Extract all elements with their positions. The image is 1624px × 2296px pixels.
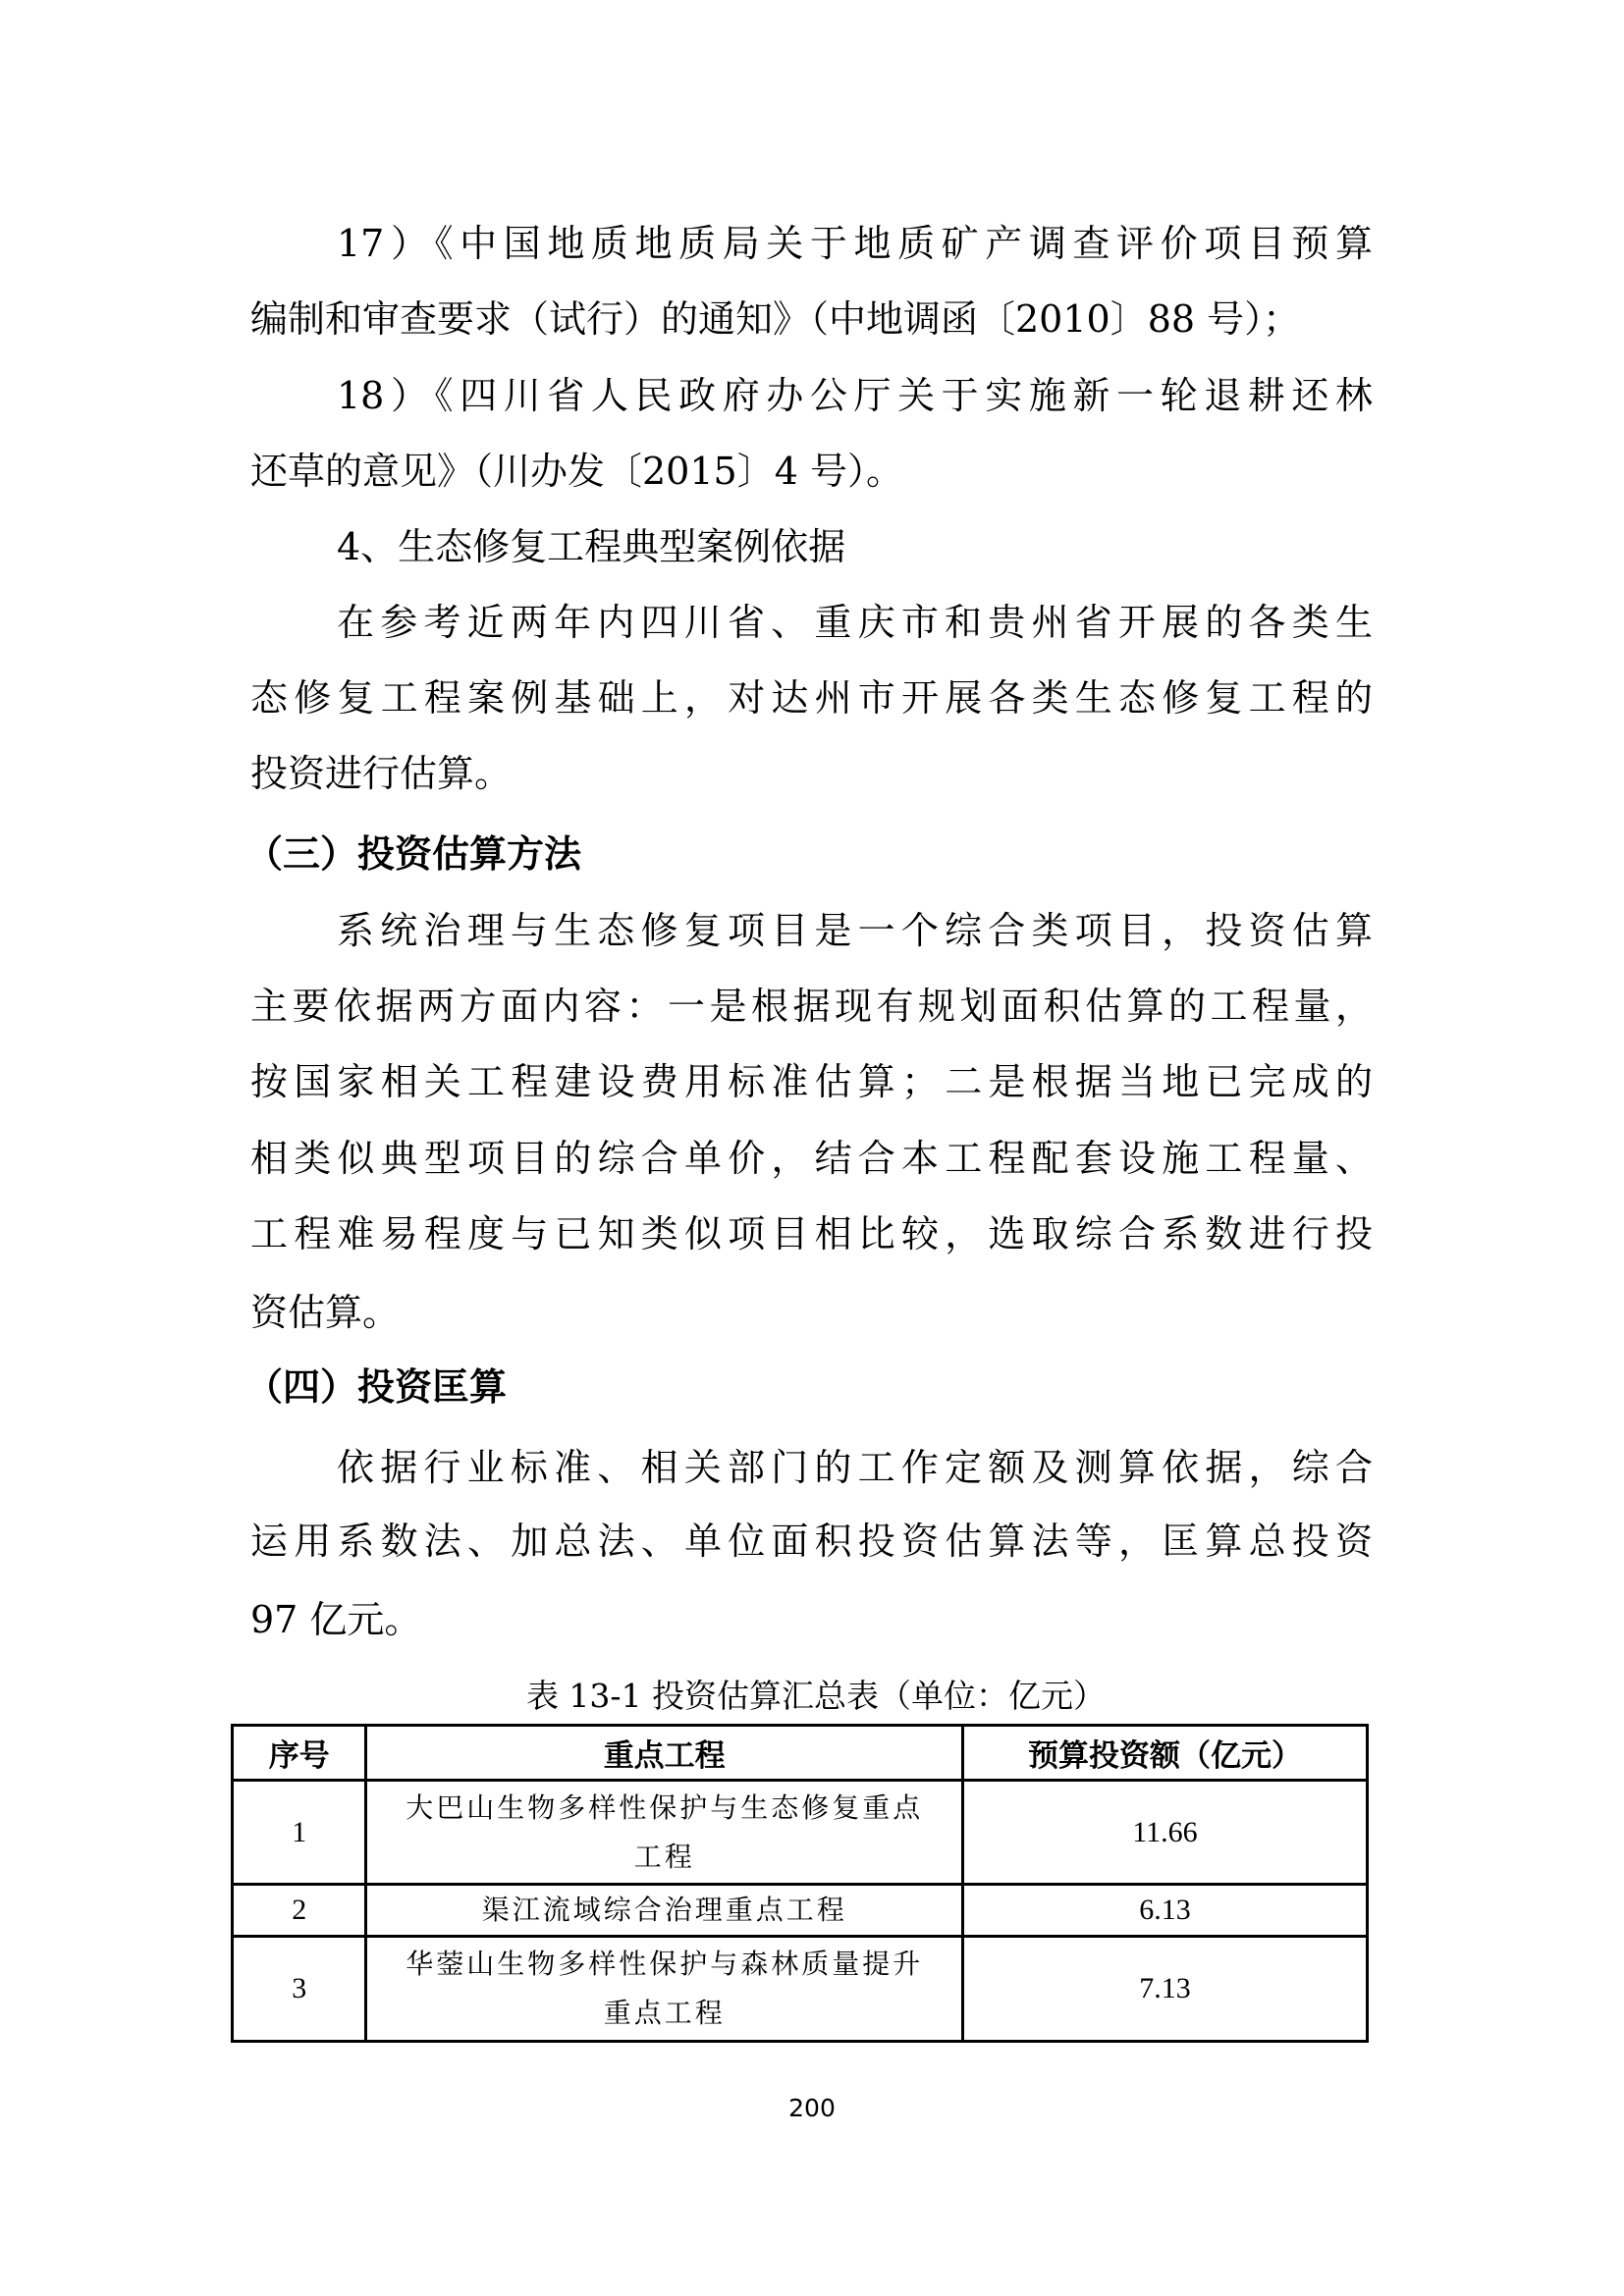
row-index: 3 xyxy=(233,1937,366,2042)
row-project: 华蓥山生物多样性保护与森林质量提升 重点工程 xyxy=(366,1937,963,2042)
reference-18-line-2: 还草的意见》（川办发〔2015〕4 号）。 xyxy=(250,442,1373,501)
case-basis-paragraph-line-3: 投资进行估算。 xyxy=(250,744,1373,803)
method-paragraph-line-6: 资估算。 xyxy=(250,1283,1373,1342)
estimate-paragraph-line-2: 运用系数法、加总法、单位面积投资估算法等，匡算总投资 xyxy=(250,1512,1373,1571)
section-3-heading: （三）投资估算方法 xyxy=(245,825,1368,883)
estimate-paragraph-line-1: 依据行业标准、相关部门的工作定额及测算依据，综合 xyxy=(337,1438,1373,1497)
table-row: 1 大巴山生物多样性保护与生态修复重点 工程 11.66 xyxy=(233,1781,1368,1885)
method-paragraph-line-3: 按国家相关工程建设费用标准估算；二是根据当地已完成的 xyxy=(250,1052,1373,1111)
table-row: 2 渠江流域综合治理重点工程 6.13 xyxy=(233,1885,1368,1937)
method-paragraph-line-2: 主要依据两方面内容：一是根据现有规划面积估算的工程量， xyxy=(250,977,1373,1036)
table-row: 3 华蓥山生物多样性保护与森林质量提升 重点工程 7.13 xyxy=(233,1937,1368,2042)
reference-17-line-1: 17）《中国地质地质局关于地质矿产调查评价项目预算 xyxy=(337,214,1373,273)
project-name-line-1: 渠江流域综合治理重点工程 xyxy=(482,1886,847,1935)
row-project: 渠江流域综合治理重点工程 xyxy=(366,1885,963,1937)
method-paragraph-line-1: 系统治理与生态修复项目是一个综合类项目，投资估算 xyxy=(337,901,1373,960)
table-header-row: 序号 重点工程 预算投资额（亿元） xyxy=(233,1726,1368,1781)
project-name-line-1: 大巴山生物多样性保护与生态修复重点 xyxy=(406,1784,923,1833)
page-number: 200 xyxy=(763,2089,861,2128)
section-4-heading: （四）投资匡算 xyxy=(245,1358,1368,1416)
case-basis-paragraph-line-2: 态修复工程案例基础上，对达州市开展各类生态修复工程的 xyxy=(250,668,1373,727)
header-project: 重点工程 xyxy=(366,1726,963,1781)
row-project: 大巴山生物多样性保护与生态修复重点 工程 xyxy=(366,1781,963,1885)
method-paragraph-line-4: 相类似典型项目的综合单价，结合本工程配套设施工程量、 xyxy=(250,1129,1373,1188)
project-name-line-2: 重点工程 xyxy=(604,1989,726,2038)
row-index: 1 xyxy=(233,1781,366,1885)
header-index: 序号 xyxy=(233,1726,366,1781)
project-name-line-1: 华蓥山生物多样性保护与森林质量提升 xyxy=(406,1940,923,1989)
case-basis-paragraph-line-1: 在参考近两年内四川省、重庆市和贵州省开展的各类生 xyxy=(337,593,1373,652)
row-amount: 7.13 xyxy=(963,1937,1368,2042)
method-paragraph-line-5: 工程难易程度与已知类似项目相比较，选取综合系数进行投 xyxy=(250,1204,1373,1263)
reference-17-line-2: 编制和审查要求（试行）的通知》（中地调函〔2010〕88 号）； xyxy=(250,290,1373,348)
row-index: 2 xyxy=(233,1885,366,1937)
header-amount: 预算投资额（亿元） xyxy=(963,1726,1368,1781)
table-caption: 表 13-1 投资估算汇总表（单位：亿元） xyxy=(447,1673,1185,1720)
row-amount: 11.66 xyxy=(963,1781,1368,1885)
row-amount: 6.13 xyxy=(963,1885,1368,1937)
estimate-paragraph-line-3: 97 亿元。 xyxy=(250,1590,1373,1649)
investment-summary-table: 序号 重点工程 预算投资额（亿元） 1 大巴山生物多样性保护与生态修复重点 工程… xyxy=(231,1724,1369,2043)
subsection-4-title: 4、生态修复工程典型案例依据 xyxy=(337,517,1373,576)
reference-18-line-1: 18）《四川省人民政府办公厅关于实施新一轮退耕还林 xyxy=(337,366,1373,425)
project-name-line-2: 工程 xyxy=(634,1833,695,1882)
